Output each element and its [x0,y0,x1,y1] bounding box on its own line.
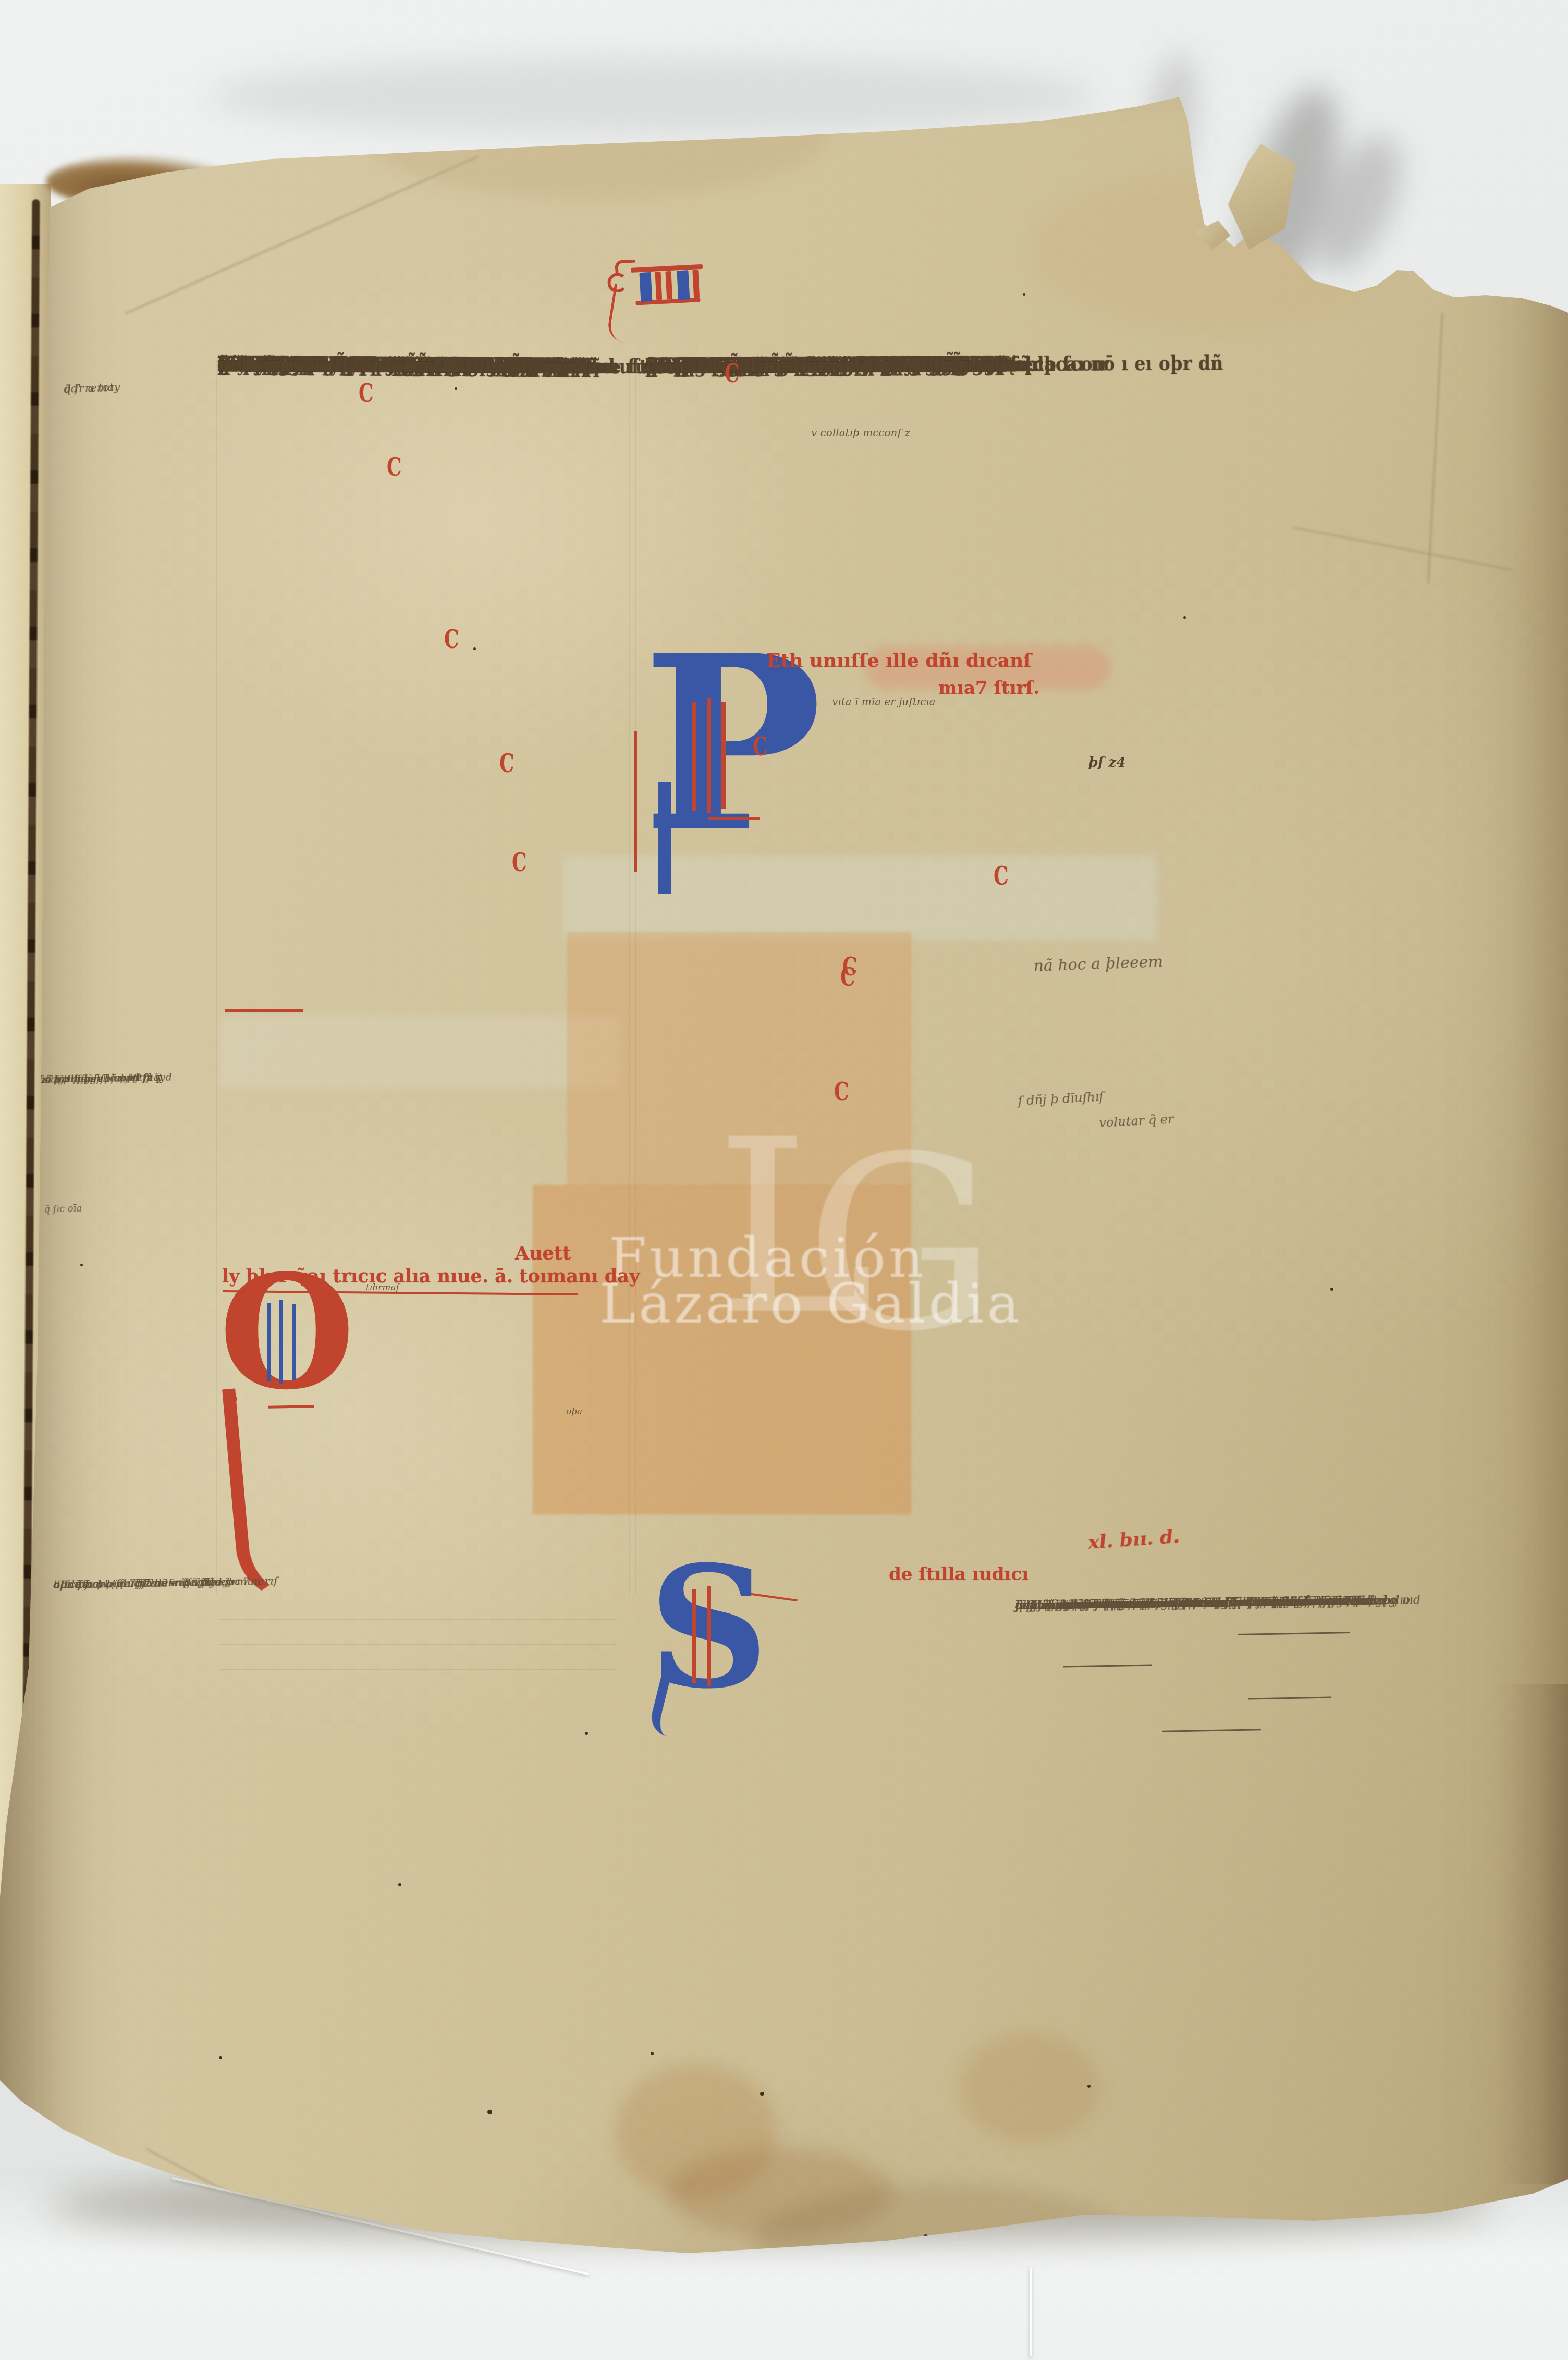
paraph-mark: C [512,848,527,877]
gloss-line: bıã ē ſuo cor̃ 7 ſelıo. er ſo deo. [53,1575,226,1595]
ink-bar [635,360,636,1595]
ink-speck [176,114,179,117]
paraph-mark: C [834,1077,849,1107]
ink-speck [1183,616,1186,619]
margin-cursive-1: ſ dñj þ dīuſhıſ [1018,1089,1104,1108]
margin-ps: þſ z4 [1088,755,1125,771]
paraph-mark: C [994,861,1009,891]
ink-bar [708,817,760,820]
ink-bar [219,1619,615,1620]
photo-shadow [209,57,1095,136]
rubric-right-1: Eth unııſſe ılle dñı dıcanſ [766,650,1032,671]
margin-small-left: q̃ ſıc oīa [44,1203,82,1215]
interlinear-top-right: v collatıþ mcconſ z [811,426,910,439]
paraph-mark: C [499,749,514,778]
ink-speck [760,2092,764,2096]
ink-bar [219,1669,615,1670]
ink-speck [473,647,476,650]
ink-bar [1248,1697,1331,1700]
ink-bar [219,1644,615,1645]
ink-bar [629,360,630,1595]
manuscript-photo: L G Fundación Lázaro Galdia IIII 7 cum d… [0,0,1568,2360]
rubric-right-2: mıa7 ſtırſ. [938,678,1039,699]
ink-speck [398,1883,401,1886]
ink-speck [455,387,457,390]
backing-sheet-crease [1030,2268,1032,2356]
ink-bar [216,360,217,1595]
paraph-mark: C [842,952,857,982]
paraph-mark: C [753,732,768,762]
ink-bar [268,1405,314,1409]
ink-speck [1087,2085,1091,2088]
ink-speck [1023,293,1025,296]
ink-bar [225,1009,303,1012]
ink-bar [1063,1665,1152,1668]
paraph-mark: C [223,1391,238,1421]
ink-speck [651,2052,654,2055]
ink-speck [1330,1288,1333,1291]
ink-speck [219,2056,222,2059]
ink-speck [80,1264,83,1266]
paraph-mark: C [387,453,402,482]
book-fore-edge [1497,1684,1568,2184]
rubric-de-stilla: de ſtılla ıudıcı [889,1564,1028,1585]
ink-speck [487,2110,492,2114]
rubric-auett: Auett [515,1243,571,1264]
gloss-line: q̃d' rema. [64,381,118,397]
paraph-mark: C [725,359,740,388]
ink-bar [1238,1632,1350,1635]
rubrics-and-margin-notes: Auettly þlur q̃aı trıcıc alıa nıue. ā. t… [0,0,1568,2360]
gloss-line: þe lg̃ ıll ſı [39,1073,88,1088]
interlinear-p: vıta ī mīa er juſtıcıa [832,695,936,708]
margin-hoc: nã hoc a þleeem [1033,952,1163,975]
ink-speck [585,1732,588,1735]
paraph-mark: C [359,378,374,408]
margin-cursive-2: volutar q̃ er [1099,1112,1174,1130]
gloss-line: de tıo ıgne quı þodere ſanō judıcaz. [1015,1596,1222,1614]
margin-ref-red: xl. bıı. d. [1087,1525,1180,1554]
paraph-mark: C [444,625,459,654]
interlinear-opa: oþa [566,1407,582,1417]
parchment-page: L G Fundación Lázaro Galdia IIII 7 cum d… [0,0,1568,2360]
ink-bar [223,1290,578,1295]
ink-bar [1162,1729,1261,1732]
rubric-left-line: ly þlur q̃aı trıcıc alıa nıue. ā. toıman… [222,1266,640,1287]
ink-bar [751,1593,798,1601]
